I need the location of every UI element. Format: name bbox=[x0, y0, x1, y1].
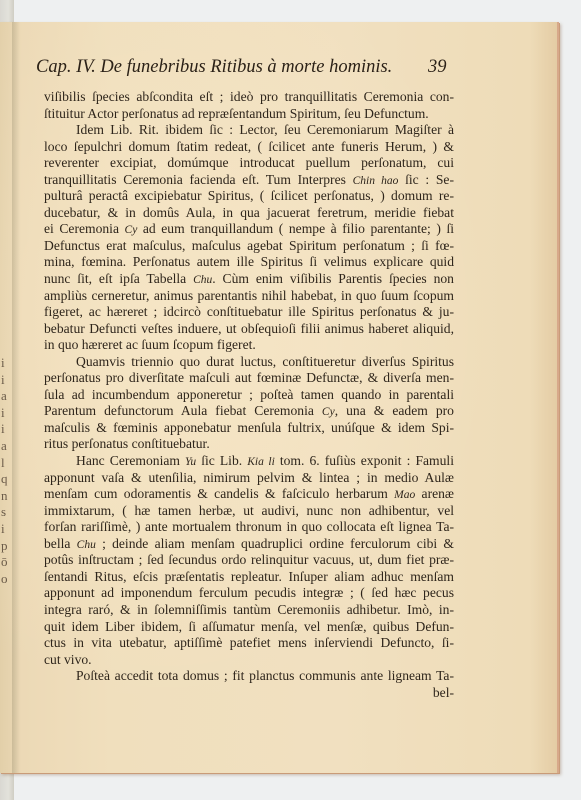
gutter-shadow bbox=[12, 22, 20, 773]
text-line: ſula ad incumbendum apponeretur ; poſteà… bbox=[44, 387, 454, 404]
margin-fragment: ō bbox=[1, 554, 11, 571]
text-line: Hanc Ceremoniam Yu ſic Lib. Kia li tom. … bbox=[44, 453, 454, 470]
text-line: Idem Lib. Rit. ibidem ſic : Lector, ſeu … bbox=[44, 122, 454, 139]
facing-page-fragments: iiaiialqnsipōo bbox=[1, 355, 11, 587]
margin-fragment: a bbox=[1, 388, 11, 405]
text-line: menſam cum odoramentis & candelis & faſc… bbox=[44, 486, 454, 503]
margin-fragment: q bbox=[1, 471, 11, 488]
text-line: forſan rariſſimè, ) ante mortualem thron… bbox=[44, 519, 454, 536]
text-line: perſonatus pro diverſitate maſculi aut f… bbox=[44, 370, 454, 387]
margin-fragment: n bbox=[1, 488, 11, 505]
margin-fragment: p bbox=[1, 538, 11, 555]
text-line: immixtarum, ( hæ tamen herbæ, ut audivi,… bbox=[44, 503, 454, 520]
page-number: 39 bbox=[428, 57, 447, 78]
text-line: apponunt ad imponendum ferculum pecudis … bbox=[44, 585, 454, 602]
text-line: reverenter excipiat, domúmque introducat… bbox=[44, 155, 454, 172]
margin-fragment: i bbox=[1, 405, 11, 422]
margin-fragment: i bbox=[1, 421, 11, 438]
text-line: loco ſepulchri domum ſtatim redeat, ( ſc… bbox=[44, 139, 454, 156]
text-line: quit idem Liber ibidem, ſi aſſumatur men… bbox=[44, 619, 454, 636]
text-line: bebatur Defuncti veſtes induere, ut obſe… bbox=[44, 321, 454, 338]
text-line: ctus in vita utebatur, aptiſſimè patefie… bbox=[44, 635, 454, 652]
text-line: ei Ceremonia Cy ad eum tranquillandum ( … bbox=[44, 221, 454, 238]
text-line: tranquillitatis Ceremonia facienda eſt. … bbox=[44, 172, 454, 189]
text-line: ampliùs cerneretur, animus parentantis n… bbox=[44, 288, 454, 305]
text-line: mina, fœmina. Perſonatus autem ille Spir… bbox=[44, 254, 454, 271]
text-line: Poſteà accedit tota domus ; fit planctus… bbox=[44, 668, 454, 685]
text-line: in quo hæreret ac ſuum ſcopum figeret. bbox=[44, 337, 454, 354]
text-line: ducebatur, & in domûs Aula, in qua jacue… bbox=[44, 205, 454, 222]
text-line: bella Chu ; deinde aliam menſam quadrupl… bbox=[44, 536, 454, 553]
margin-fragment: a bbox=[1, 438, 11, 455]
text-line: pulturâ peractâ excipiebatur Spiritus, (… bbox=[44, 188, 454, 205]
text-line: cut vivo. bbox=[44, 652, 454, 669]
running-head: Cap. IV. De funebribus Ritibus à morte h… bbox=[36, 57, 456, 78]
book-page: iiaiialqnsipōo Cap. IV. De funebribus Ri… bbox=[0, 22, 559, 773]
body-text: viſibilis ſpecies abſcondita eſt ; ideò … bbox=[44, 89, 454, 701]
text-line: potûs inſtructam ; ſed ſecundus ordo rel… bbox=[44, 552, 454, 569]
margin-fragment: l bbox=[1, 455, 11, 472]
text-line: Defunctus erat maſculus, maſculus agebat… bbox=[44, 238, 454, 255]
text-line: maſculis & fœminis apponebatur menſula f… bbox=[44, 420, 454, 437]
text-line: bel- bbox=[44, 685, 454, 702]
text-line: integra raró, & in ſolemniſſimis tantùm … bbox=[44, 602, 454, 619]
text-line: nunc ſit, eſt ipſa Tabella Chu. Cùm enim… bbox=[44, 271, 454, 288]
text-line: figeret, ac hæreret ; idcircò conſtitueb… bbox=[44, 304, 454, 321]
text-line: Parentum defunctorum Aula fiebat Ceremon… bbox=[44, 403, 454, 420]
text-line: ſtituitur Actor perſonatus ad repræſenta… bbox=[44, 106, 454, 123]
running-head-title: Cap. IV. De funebribus Ritibus à morte h… bbox=[36, 57, 392, 77]
margin-fragment: i bbox=[1, 521, 11, 538]
text-line: apponunt vaſa & utenſilia, nimirum pelvi… bbox=[44, 470, 454, 487]
text-line: ritus perſonatus conſtituebatur. bbox=[44, 436, 454, 453]
text-line: viſibilis ſpecies abſcondita eſt ; ideò … bbox=[44, 89, 454, 106]
margin-fragment: s bbox=[1, 504, 11, 521]
margin-fragment: i bbox=[1, 355, 11, 372]
margin-fragment: o bbox=[1, 571, 11, 588]
margin-fragment: i bbox=[1, 372, 11, 389]
text-line: ſentandi Ritus, eſcis præſentatis replea… bbox=[44, 569, 454, 586]
text-line: Quamvis triennio quo durat luctus, conſt… bbox=[44, 354, 454, 371]
